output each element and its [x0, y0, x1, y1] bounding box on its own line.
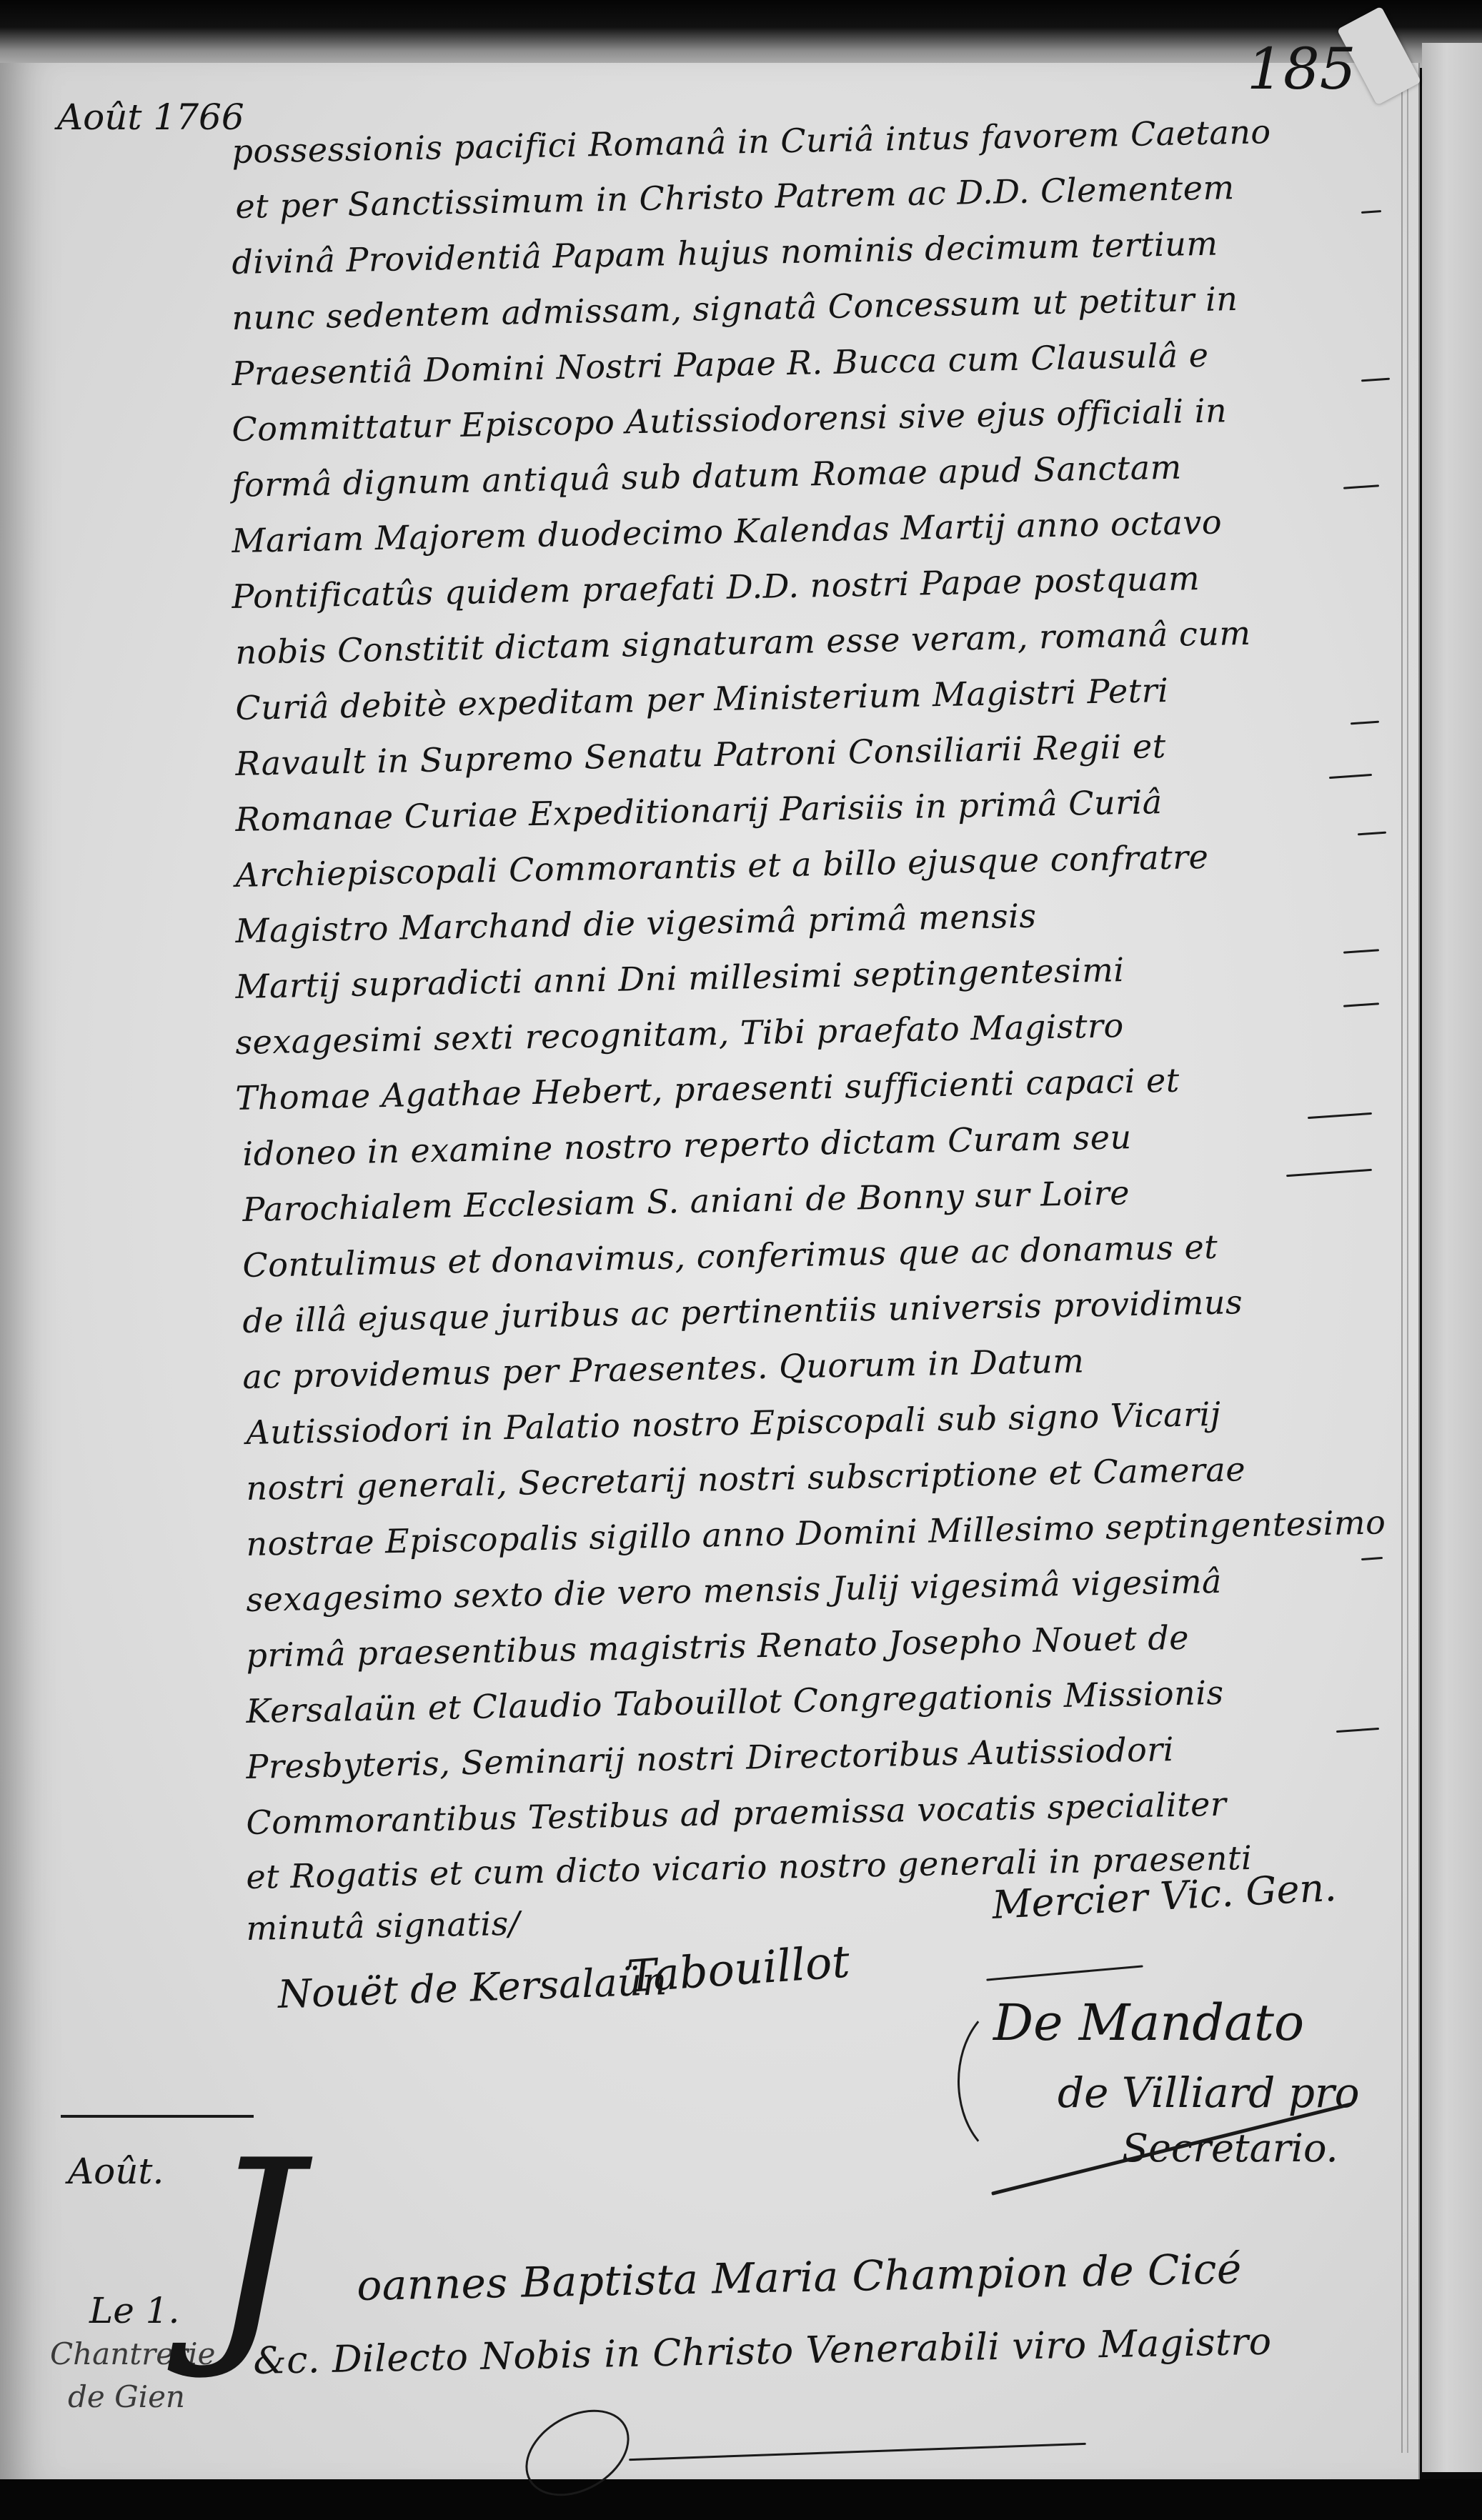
page-number: 185: [1247, 36, 1356, 102]
scan-background-bottom: [0, 2479, 1482, 2520]
next-page-edge: [1422, 43, 1482, 2472]
margin-subject-line-1: Chantrerie: [50, 2336, 215, 2371]
margin-day: Le 1.: [89, 2290, 179, 2331]
margin-subject-line-2: de Gien: [68, 2379, 185, 2414]
body-line: minutâ signatis/: [246, 1904, 520, 1948]
margin-month: Août.: [68, 2151, 164, 2192]
decorative-initial: J: [207, 2129, 302, 2365]
mandate-line-2: de Villiard pro: [1058, 2068, 1360, 2117]
margin-date-header: Août 1766: [57, 96, 244, 138]
